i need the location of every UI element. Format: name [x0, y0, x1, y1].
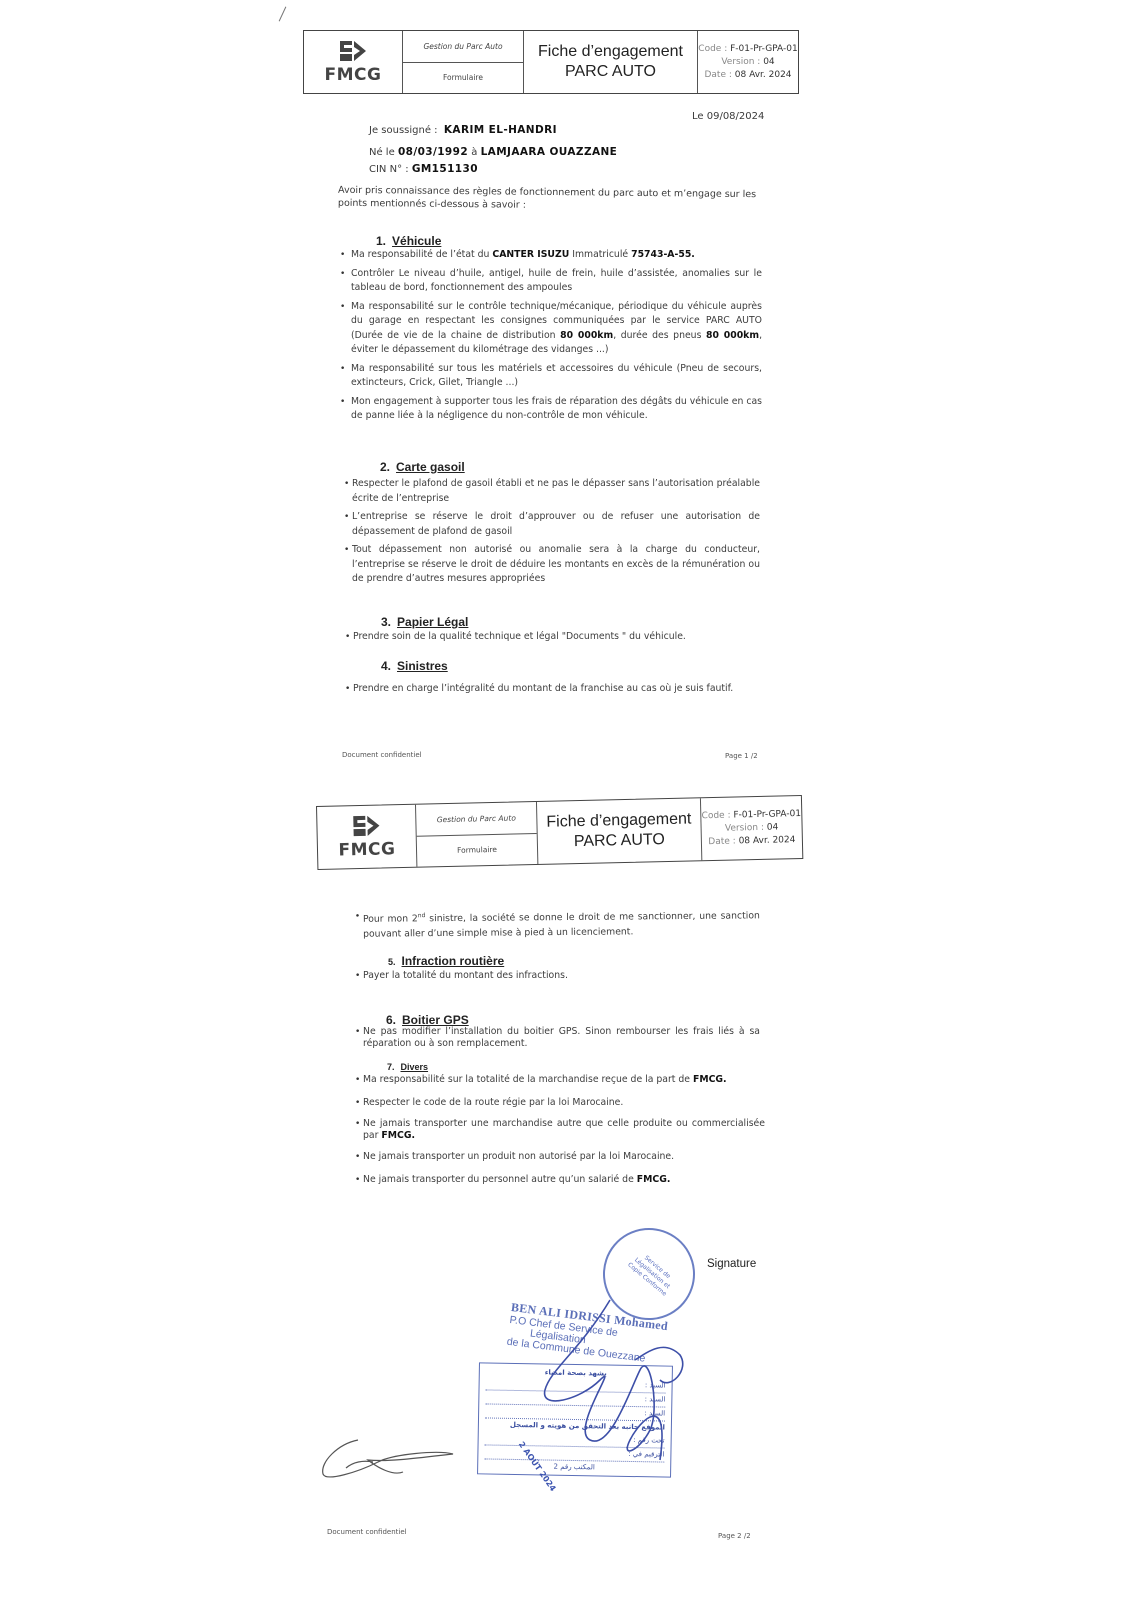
- logo-text: FMCG: [338, 839, 395, 860]
- employee-signature-icon: [318, 1432, 458, 1487]
- header-doctype: Formulaire: [403, 63, 523, 94]
- doc-date: 08 Avr. 2024: [735, 70, 792, 80]
- list-item: Tout dépassement non autorisé ou anomali…: [344, 543, 760, 587]
- fmcg-arrow-icon: [338, 39, 368, 63]
- title-line2: PARC AUTO: [565, 62, 656, 82]
- company-logo: FMCG: [317, 805, 417, 869]
- cin-number: GM151130: [412, 163, 478, 175]
- sinistres-continued-list: Pour mon 2nd sinistre, la société se don…: [355, 906, 760, 946]
- undersigned-line: Je soussigné : KARIM EL-HANDRI: [369, 124, 557, 137]
- official-signature-icon: [540, 1290, 700, 1480]
- page1-footer-right: Page 1 /2: [725, 752, 758, 760]
- page1-footer-left: Document confidentiel: [342, 751, 422, 759]
- section-sinistres-title: 4.Sinistres: [381, 659, 448, 673]
- header-code-block: Code : F-01-Pr-GPA-01 Version : 04 Date …: [701, 796, 802, 860]
- list-item: Respecter le plafond de gasoil établi et…: [344, 477, 760, 506]
- doc-code: F-01-Pr-GPA-01: [733, 808, 801, 820]
- section-divers-title: 7.Divers: [387, 1062, 428, 1072]
- title-line1: Fiche d’engagement: [538, 42, 683, 62]
- section-vehicule-list: Ma responsabilité de l’état du CANTER IS…: [337, 248, 762, 428]
- list-item: Respecter le code de la route régie par …: [355, 1096, 765, 1111]
- letter-date: Le 09/08/2024: [692, 110, 764, 123]
- header-meta: Gestion du Parc Auto Formulaire: [403, 31, 524, 93]
- list-item: Ma responsabilité sur le contrôle techni…: [337, 300, 762, 358]
- section-sinistres-list: Prendre en charge l’intégralité du monta…: [345, 682, 761, 701]
- doc-version: 04: [767, 822, 779, 832]
- signature-label: Signature: [707, 1258, 756, 1270]
- undersigned-name: KARIM EL-HANDRI: [444, 124, 557, 136]
- intro-paragraph: Avoir pris connaissance des règles de fo…: [338, 184, 763, 214]
- list-item: Pour mon 2nd sinistre, la société se don…: [355, 906, 760, 942]
- list-item: Ne jamais transporter une marchandise au…: [355, 1118, 765, 1142]
- list-item: Ne pas modifier l’installation du boitie…: [355, 1026, 760, 1050]
- section-infraction-title: 5.Infraction routière: [388, 954, 504, 968]
- list-item: Ma responsabilité de l’état du CANTER IS…: [337, 248, 762, 263]
- section-carte-gasoil-title: 2.Carte gasoil: [380, 460, 465, 474]
- birth-line: Né le 08/03/1992 à LAMJAARA OUAZZANE: [369, 146, 617, 159]
- page2-header: FMCG Gestion du Parc Auto Formulaire Fic…: [316, 795, 803, 870]
- section-divers-list: Ma responsabilité sur la totalité de la …: [355, 1073, 765, 1191]
- fmcg-arrow-icon: [351, 814, 382, 839]
- header-title: Fiche d’engagement PARC AUTO: [524, 31, 698, 93]
- section-papier-legal-title: 3.Papier Légal: [381, 615, 468, 629]
- header-code-block: Code : F-01-Pr-GPA-01 Version : 04 Date …: [698, 31, 798, 93]
- list-item: Ma responsabilité sur tous les matériels…: [337, 362, 762, 391]
- list-item: Ne jamais transporter du personnel autre…: [355, 1173, 765, 1188]
- header-dept: Gestion du Parc Auto: [403, 31, 523, 63]
- page2-footer-right: Page 2 /2: [718, 1532, 751, 1540]
- page1-header: FMCG Gestion du Parc Auto Formulaire Fic…: [303, 30, 799, 94]
- section-vehicule-title: 1.Véhicule: [376, 234, 441, 248]
- doc-code: F-01-Pr-GPA-01: [730, 44, 798, 54]
- title-line1: Fiche d’engagement: [546, 809, 691, 832]
- title-line2: PARC AUTO: [574, 830, 665, 852]
- company-logo: FMCG: [304, 31, 403, 93]
- birth-place: LAMJAARA OUAZZANE: [481, 146, 618, 158]
- cin-line: CIN N° : GM151130: [369, 163, 478, 176]
- list-item: Payer la totalité du montant des infract…: [355, 969, 760, 984]
- header-doctype: Formulaire: [417, 834, 538, 867]
- list-item: Prendre soin de la qualité technique et …: [345, 630, 761, 645]
- section-carte-gasoil-list: Respecter le plafond de gasoil établi et…: [344, 477, 760, 591]
- section-papier-legal-list: Prendre soin de la qualité technique et …: [345, 630, 761, 649]
- list-item: Ne jamais transporter un produit non aut…: [355, 1150, 765, 1165]
- list-item: Contrôler Le niveau d’huile, antigel, hu…: [337, 267, 762, 296]
- page2-footer-left: Document confidentiel: [327, 1528, 407, 1536]
- logo-text: FMCG: [325, 65, 382, 85]
- doc-date: 08 Avr. 2024: [739, 835, 796, 846]
- list-item: Ma responsabilité sur la totalité de la …: [355, 1073, 765, 1088]
- section-gps-title: 6.Boitier GPS: [386, 1013, 469, 1027]
- list-item: Mon engagement à supporter tous les frai…: [337, 395, 762, 424]
- header-title: Fiche d’engagement PARC AUTO: [537, 798, 702, 864]
- section-gps-list: Ne pas modifier l’installation du boitie…: [355, 1026, 760, 1054]
- list-item: L’entreprise se réserve le droit d’appro…: [344, 510, 760, 539]
- birth-date: 08/03/1992: [398, 146, 468, 158]
- doc-version: 04: [763, 57, 774, 67]
- section-infraction-list: Payer la totalité du montant des infract…: [355, 969, 760, 988]
- header-dept: Gestion du Parc Auto: [416, 802, 537, 836]
- header-meta: Gestion du Parc Auto Formulaire: [416, 802, 538, 867]
- stray-pen-mark: [279, 7, 287, 22]
- list-item: Prendre en charge l’intégralité du monta…: [345, 682, 761, 697]
